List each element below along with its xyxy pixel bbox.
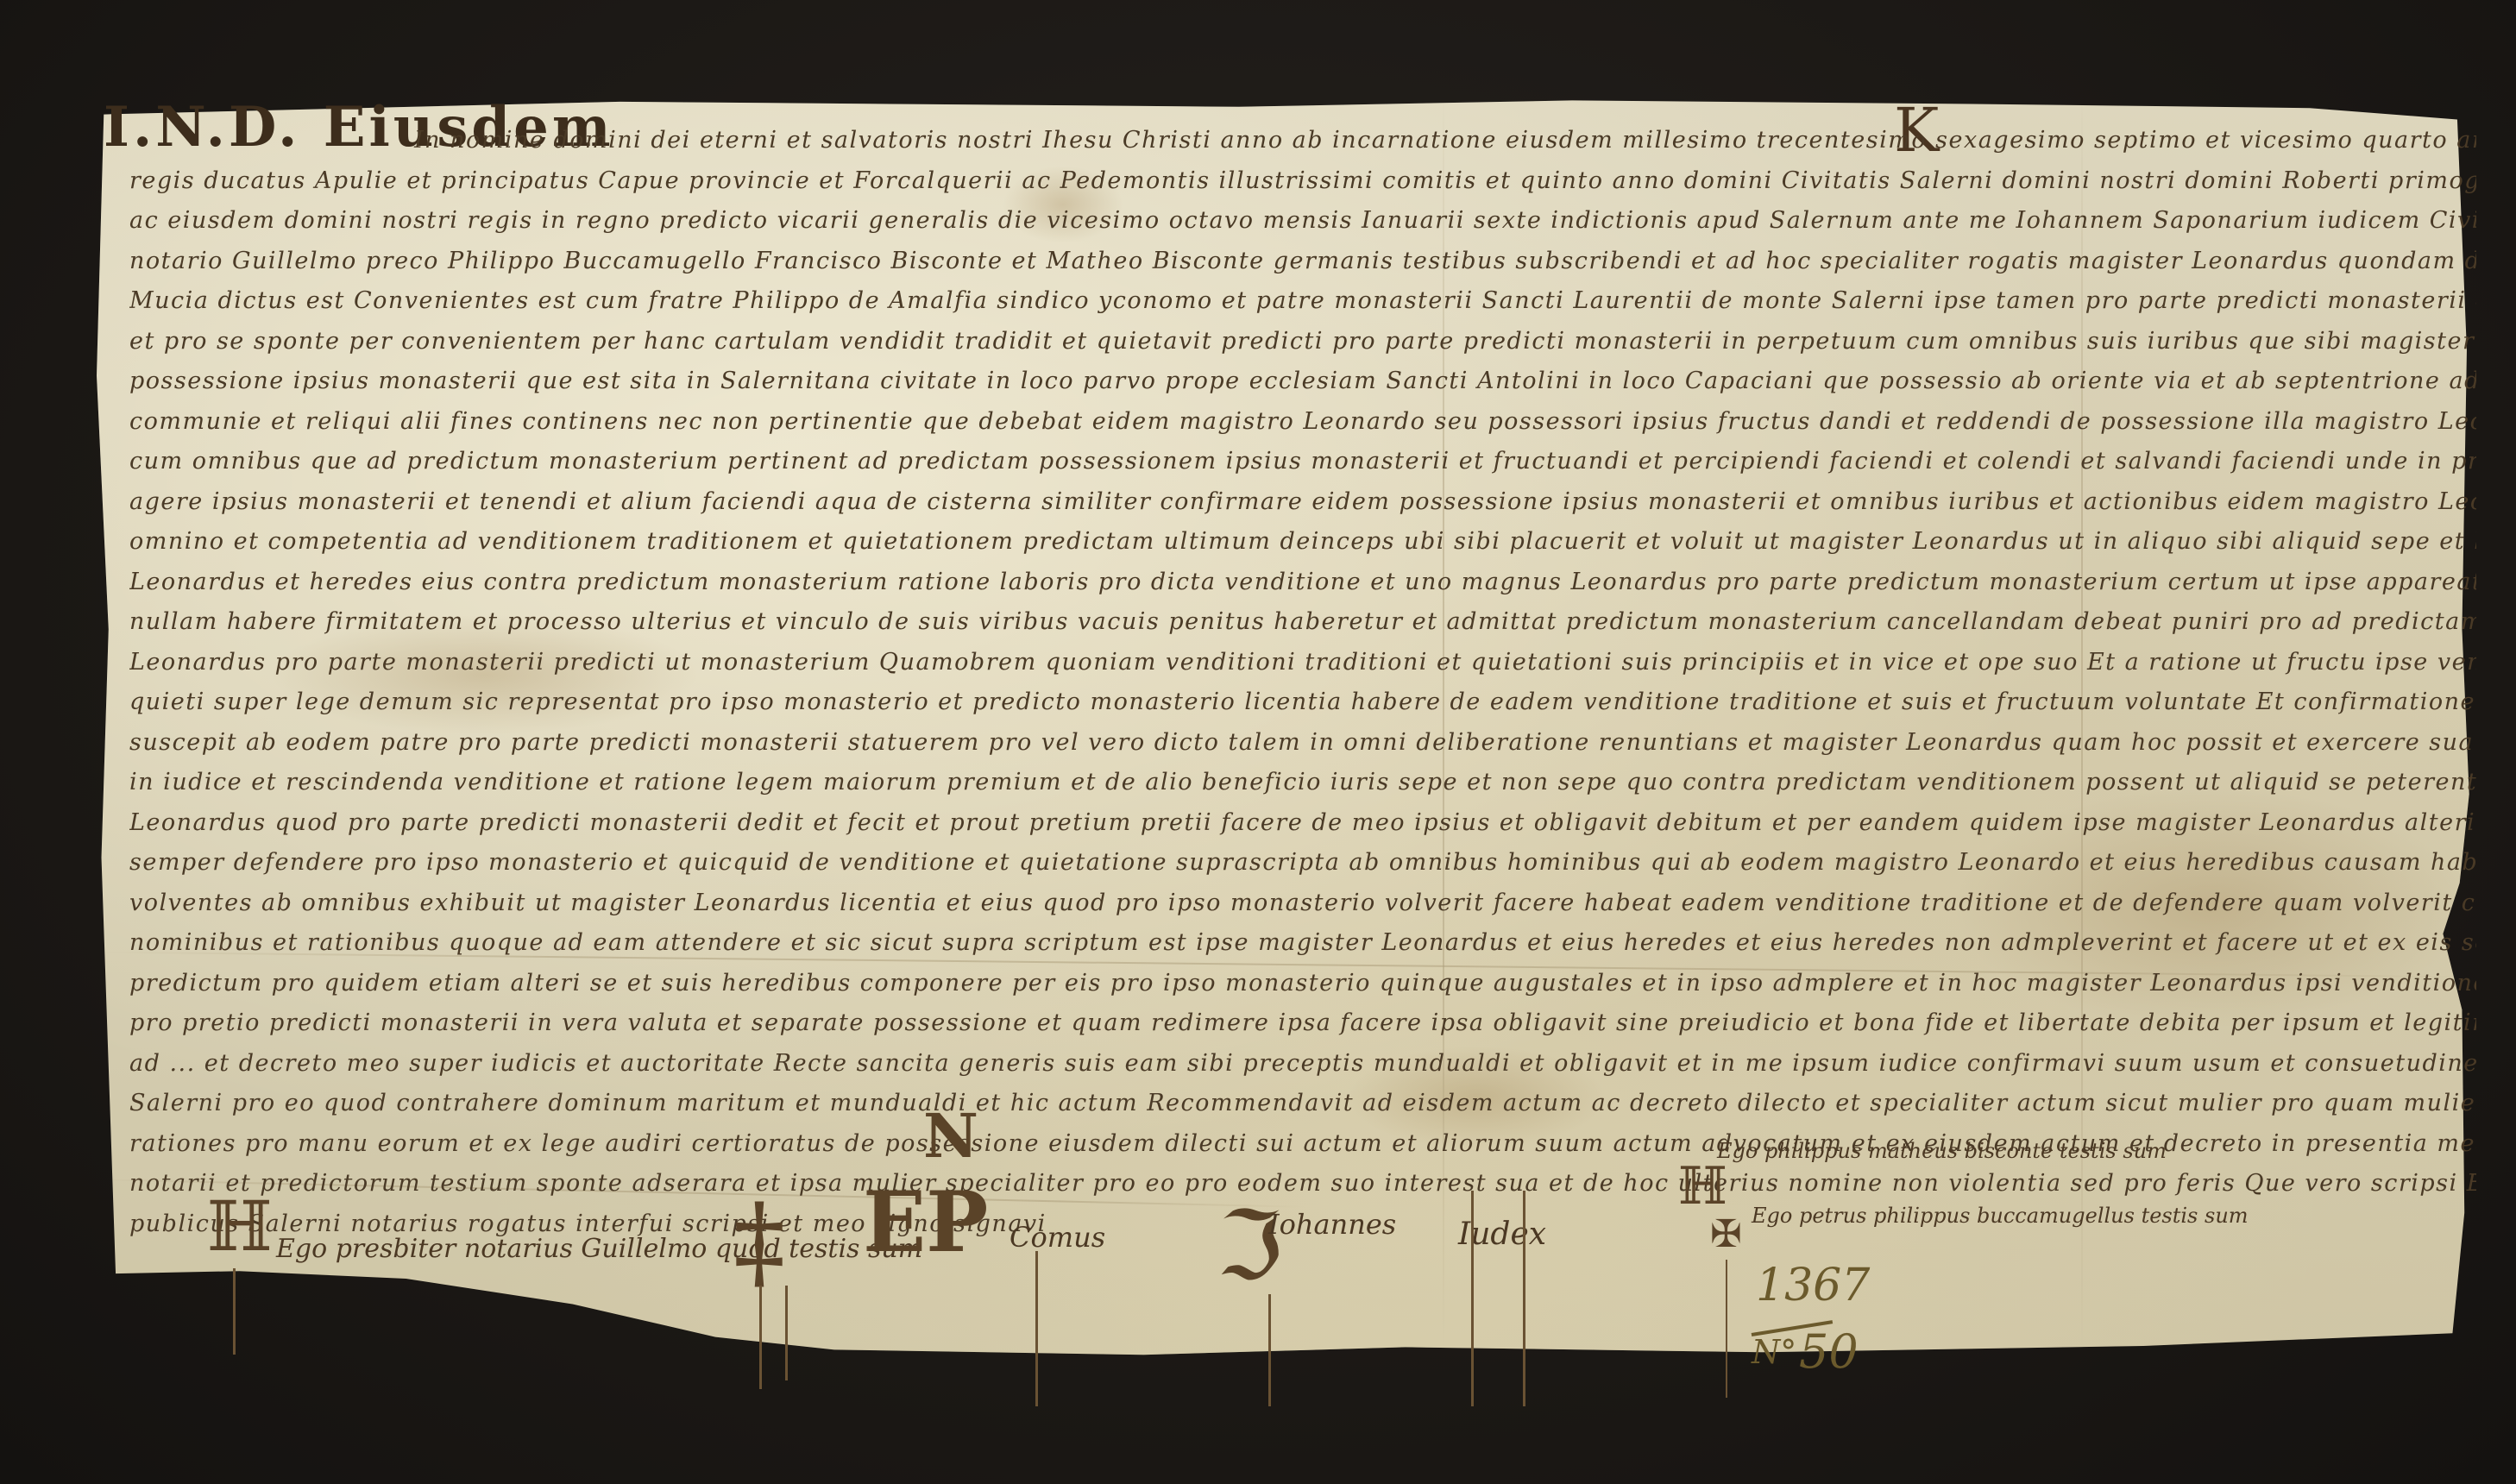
text-line: agere ipsius monasterii et tenendi et al… (129, 482, 2476, 523)
text-line: Mucia dictus est Convenientes est cum fr… (129, 281, 2476, 322)
signum-stem (785, 1286, 788, 1380)
signum-stem (1523, 1191, 1525, 1406)
text-line: nullam habere firmitatem et processo ult… (129, 602, 2476, 643)
text-line: Leonardus quod pro parte predicti monast… (129, 803, 2476, 844)
archive-number-label: N° (1752, 1333, 1796, 1371)
subscription-center-name: Iohannes (1268, 1208, 1396, 1241)
text-line: cum omnibus que ad predictum monasterium… (129, 442, 2476, 482)
text-line: omnino et competentia ad venditionem tra… (129, 522, 2476, 563)
signum-stem (1035, 1251, 1038, 1406)
text-line: possessione ipsius monasterii que est si… (129, 362, 2476, 402)
text-line: nominibus et rationibus quoque ad eam at… (129, 923, 2476, 964)
text-line: notarii et predictorum testium sponte ad… (129, 1164, 2476, 1204)
text-line: suscepit ab eodem patre pro parte predic… (129, 723, 2476, 764)
subscription-right-2: Ego petrus philippus buccamugellus testi… (1752, 1204, 2249, 1228)
notary-initials: EP (863, 1173, 988, 1271)
text-line: et pro se sponte per convenientem per ha… (129, 322, 2476, 362)
charter-body: In nomine domini dei eterni et salvatori… (129, 121, 2476, 1244)
signum-stem (1471, 1191, 1474, 1406)
subscription-right-1: Ego philippus matheus bisconte testis su… (1717, 1139, 2167, 1163)
text-line: Leonardus pro parte monasterii predicti … (129, 643, 2476, 683)
text-line: ad ... et decreto meo super iudicis et a… (129, 1044, 2476, 1085)
text-line: pro pretio predicti monasterii in vera v… (129, 1003, 2476, 1044)
cross-signum: ✠ (1710, 1212, 1742, 1256)
signum-stem (1726, 1260, 1727, 1398)
subscription-left: Ego presbiter notarius Guillelmo quod te… (276, 1234, 922, 1264)
subscription-center-prefix: Comus (1010, 1221, 1105, 1254)
text-line: communie et reliqui alii fines continens… (129, 402, 2476, 443)
text-line: ac eiusdem domini nostri regis in regno … (129, 201, 2476, 242)
notary-signum-right: ℍ (1678, 1156, 1727, 1217)
text-line: semper defendere pro ipso monasterio et … (129, 843, 2476, 883)
notary-initial-n: N (923, 1100, 978, 1172)
text-line: notario Guillelmo preco Philippo Buccamu… (129, 242, 2476, 282)
text-line: in iudice et rescindenda venditione et r… (129, 763, 2476, 803)
text-line: volventes ab omnibus exhibuit ut magiste… (129, 883, 2476, 924)
text-line: predictum pro quidem etiam alteri se et … (129, 964, 2476, 1004)
text-line: quieti super lege demum sic representat … (129, 682, 2476, 723)
notary-signum-left: ℍ (207, 1186, 273, 1267)
notary-signum-center: ‡ (733, 1182, 785, 1302)
signum-stem (233, 1268, 236, 1355)
text-line: Salerni pro eo quod contrahere dominum m… (129, 1084, 2476, 1124)
text-line: In nomine domini dei eterni et salvatori… (129, 121, 2476, 161)
signum-stem (759, 1286, 762, 1389)
archive-number: 50 (1799, 1324, 1859, 1379)
text-line: Leonardus et heredes eius contra predict… (129, 563, 2476, 603)
text-line: regis ducatus Apulie et principatus Capu… (129, 161, 2476, 202)
archive-year: 1367 (1756, 1260, 1870, 1311)
signum-stem (1268, 1294, 1271, 1406)
